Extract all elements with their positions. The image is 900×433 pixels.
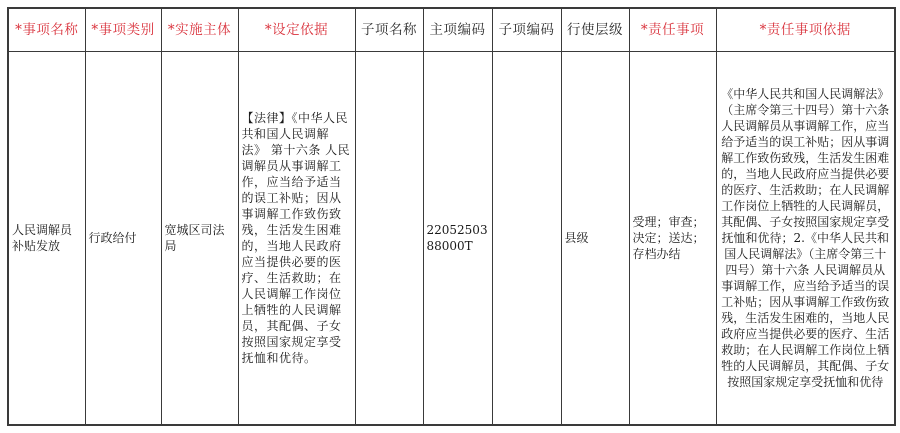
- header-responsibility-items: *责任事项: [629, 8, 716, 52]
- cell-item-name: 人民调解员补贴发放: [8, 52, 85, 426]
- responsibility-list-table: *事项名称 *事项类别 *实施主体 *设定依据 子项名称 主项编码 子项编码 行…: [7, 7, 896, 426]
- cell-main-item-code: 2205250388000T: [423, 52, 492, 426]
- table-row: 人民调解员补贴发放 行政给付 宽城区司法局 【法律】《中华人民共和国人民调解法》…: [8, 52, 895, 426]
- header-sub-item-code: 子项编码: [492, 8, 561, 52]
- cell-responsibility-basis: 《中华人民共和国人民调解法》（主席令第三十四号）第十六条 人民调解员从事调解工作…: [716, 52, 895, 426]
- cell-sub-item-name: [355, 52, 423, 426]
- cell-exercise-level: 县级: [561, 52, 629, 426]
- header-sub-item-name: 子项名称: [355, 8, 423, 52]
- header-implementing-body: *实施主体: [161, 8, 238, 52]
- header-row: *事项名称 *事项类别 *实施主体 *设定依据 子项名称 主项编码 子项编码 行…: [8, 8, 895, 52]
- cell-implementing-body: 宽城区司法局: [161, 52, 238, 426]
- header-exercise-level: 行使层级: [561, 8, 629, 52]
- header-legal-basis: *设定依据: [238, 8, 355, 52]
- header-item-name: *事项名称: [8, 8, 85, 52]
- header-responsibility-basis: *责任事项依据: [716, 8, 895, 52]
- cell-item-category: 行政给付: [85, 52, 161, 426]
- header-item-category: *事项类别: [85, 8, 161, 52]
- header-main-item-code: 主项编码: [423, 8, 492, 52]
- cell-legal-basis: 【法律】《中华人民共和国人民调解法》 第十六条 人民调解员从事调解工作，应当给予…: [238, 52, 355, 426]
- cell-responsibility-items: 受理；审查；决定；送达；存档办结: [629, 52, 716, 426]
- cell-sub-item-code: [492, 52, 561, 426]
